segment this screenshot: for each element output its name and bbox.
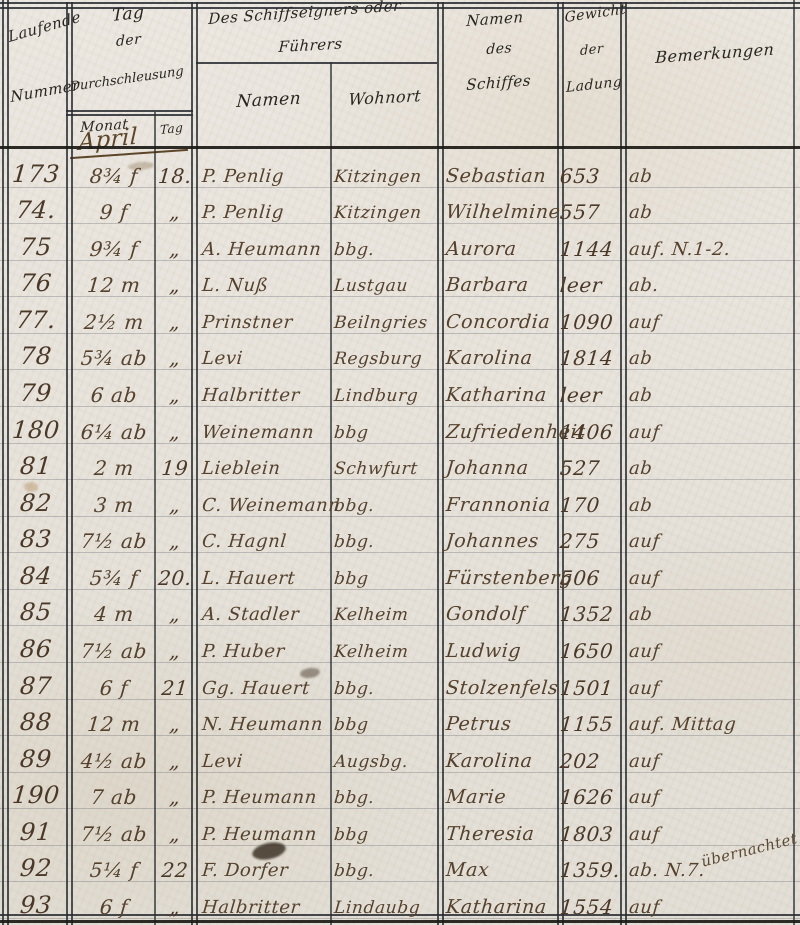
cell-owner-name: P. Huber	[201, 643, 331, 661]
cell-cargo-weight: 202	[559, 751, 621, 771]
cell-owner-residence: bbg.	[333, 790, 438, 807]
cell-running-number: 190	[7, 783, 65, 807]
cell-time: 6¼ ab	[73, 422, 155, 442]
cell-time: 6 f	[73, 897, 155, 917]
cell-owner-residence: Kitzingen	[333, 205, 438, 222]
cell-cargo-weight: 1554	[559, 897, 621, 917]
cell-owner-residence: Kelheim	[333, 644, 438, 661]
cell-cargo-weight: 506	[559, 568, 621, 588]
cell-day: „	[155, 751, 195, 771]
cell-cargo-weight: 557	[559, 202, 621, 222]
cell-remark: ab	[628, 606, 798, 624]
cell-running-number: 78	[7, 344, 65, 368]
cell-owner-name: Prinstner	[201, 314, 331, 332]
cell-day: 19	[155, 458, 195, 478]
cell-ship-name: Frannonia	[445, 496, 559, 515]
cell-time: 3 m	[73, 495, 155, 515]
cell-running-number: 77.	[7, 308, 65, 332]
cell-cargo-weight: 1352	[559, 604, 621, 624]
cell-ship-name: Johannes	[445, 532, 559, 551]
table-row: 86 7½ ab „ P. Huber Kelheim Ludwig 1650 …	[0, 625, 800, 662]
ledger-rows: 173 8¾ f 18. P. Penlig Kitzingen Sebasti…	[0, 0, 800, 925]
cell-owner-name: Levi	[201, 753, 331, 771]
cell-running-number: 89	[7, 747, 65, 771]
cell-owner-residence: Kitzingen	[333, 169, 438, 186]
table-row: 173 8¾ f 18. P. Penlig Kitzingen Sebasti…	[0, 150, 800, 187]
cell-owner-name: P. Penlig	[201, 168, 331, 186]
cell-owner-residence: Schwfurt	[333, 461, 438, 478]
cell-remark: auf	[628, 643, 798, 661]
cell-time: 2 m	[73, 458, 155, 478]
cell-ship-name: Theresia	[445, 825, 559, 844]
cell-time: 2½ m	[73, 312, 155, 332]
table-row: 81 2 m 19 Lieblein Schwfurt Johanna 527 …	[0, 443, 800, 480]
cell-cargo-weight: 1650	[559, 641, 621, 661]
cell-running-number: 83	[7, 527, 65, 551]
cell-owner-residence: bbg.	[333, 681, 438, 698]
cell-time: 6 f	[73, 678, 155, 698]
table-row: 180 6¼ ab „ Weinemann bbg Zufriedenheit …	[0, 406, 800, 443]
cell-remark: ab	[628, 204, 798, 222]
cell-day: „	[155, 239, 195, 259]
cell-ship-name: Petrus	[445, 715, 559, 734]
cell-running-number: 74.	[7, 198, 65, 222]
cell-remark: auf	[628, 753, 798, 771]
cell-ship-name: Concordia	[445, 313, 559, 332]
cell-remark: ab	[628, 497, 798, 515]
cell-ship-name: Max	[445, 861, 559, 880]
cell-cargo-weight: leer	[559, 275, 621, 295]
cell-running-number: 173	[7, 162, 65, 186]
cell-day: „	[155, 787, 195, 807]
cell-running-number: 76	[7, 271, 65, 295]
cell-owner-residence: bbg.	[333, 534, 438, 551]
cell-ship-name: Sebastian	[445, 167, 559, 186]
cell-time: 6 ab	[73, 385, 155, 405]
cell-remark: auf. N.1-2.	[628, 241, 798, 259]
table-row: 78 5¾ ab „ Levi Regsburg Karolina 1814 a…	[0, 333, 800, 370]
table-row: 91 7½ ab „ P. Heumann bbg Theresia 1803 …	[0, 808, 800, 845]
table-row: 76 12 m „ L. Nuß Lustgau Barbara leer ab…	[0, 260, 800, 297]
cell-remark: auf	[628, 789, 798, 807]
cell-time: 7½ ab	[73, 531, 155, 551]
cell-owner-residence: Lindburg	[333, 388, 438, 405]
cell-cargo-weight: 1803	[559, 824, 621, 844]
cell-ship-name: Johanna	[445, 459, 559, 478]
cell-day: 22	[155, 860, 195, 880]
cell-owner-name: L. Hauert	[201, 570, 331, 588]
cell-owner-residence: Lustgau	[333, 278, 438, 295]
cell-ship-name: Barbara	[445, 276, 559, 295]
cell-owner-residence: bbg	[333, 571, 438, 588]
cell-cargo-weight: 1155	[559, 714, 621, 734]
cell-cargo-weight: 1359.	[559, 860, 621, 880]
cell-day: „	[155, 714, 195, 734]
table-row: 92 5¼ f 22 F. Dorfer bbg. Max 1359. ab. …	[0, 845, 800, 882]
cell-ship-name: Karolina	[445, 752, 559, 771]
cell-owner-residence: bbg.	[333, 863, 438, 880]
cell-owner-name: A. Heumann	[201, 241, 331, 259]
cell-remark: auf	[628, 314, 798, 332]
cell-time: 12 m	[73, 714, 155, 734]
cell-owner-name: P. Penlig	[201, 204, 331, 222]
cell-cargo-weight: leer	[559, 385, 621, 405]
table-row: 82 3 m „ C. Weinemann bbg. Frannonia 170…	[0, 479, 800, 516]
cell-running-number: 180	[7, 418, 65, 442]
cell-cargo-weight: 1090	[559, 312, 621, 332]
cell-remark: ab.	[628, 277, 798, 295]
cell-owner-residence: bbg.	[333, 242, 438, 259]
cell-owner-name: Halbritter	[201, 387, 331, 405]
cell-running-number: 87	[7, 674, 65, 698]
cell-running-number: 88	[7, 710, 65, 734]
cell-day: „	[155, 531, 195, 551]
cell-running-number: 79	[7, 381, 65, 405]
cell-owner-name: Levi	[201, 350, 331, 368]
cell-remark: auf	[628, 899, 798, 917]
cell-day: „	[155, 495, 195, 515]
cell-time: 5¼ f	[73, 860, 155, 880]
cell-running-number: 93	[7, 893, 65, 917]
cell-owner-name: Lieblein	[201, 460, 331, 478]
cell-owner-name: C. Hagnl	[201, 533, 331, 551]
cell-time: 12 m	[73, 275, 155, 295]
cell-owner-name: N. Heumann	[201, 716, 331, 734]
cell-remark: auf	[628, 570, 798, 588]
table-row: 77. 2½ m „ Prinstner Beilngries Concordi…	[0, 296, 800, 333]
cell-time: 4½ ab	[73, 751, 155, 771]
cell-day: „	[155, 385, 195, 405]
cell-ship-name: Gondolf	[445, 605, 559, 624]
cell-cargo-weight: 1501	[559, 678, 621, 698]
cell-day: „	[155, 202, 195, 222]
cell-ship-name: Ludwig	[445, 642, 559, 661]
table-row: 89 4½ ab „ Levi Augsbg. Karolina 202 auf	[0, 735, 800, 772]
table-row: 93 6 f „ Halbritter Lindaubg Katharina 1…	[0, 881, 800, 918]
cell-remark: ab	[628, 460, 798, 478]
table-row: 75 9¾ f „ A. Heumann bbg. Aurora 1144 au…	[0, 223, 800, 260]
cell-owner-name: Gg. Hauert	[201, 680, 331, 698]
cell-owner-residence: Augsbg.	[333, 754, 438, 771]
cell-owner-name: P. Heumann	[201, 789, 331, 807]
cell-cargo-weight: 1626	[559, 787, 621, 807]
cell-ship-name: Stolzenfels	[445, 679, 559, 698]
table-row: 83 7½ ab „ C. Hagnl bbg. Johannes 275 au…	[0, 516, 800, 553]
cell-owner-name: C. Weinemann	[201, 497, 331, 515]
cell-owner-residence: Lindaubg	[333, 900, 438, 917]
table-row: 74. 9 f „ P. Penlig Kitzingen Wilhelmine…	[0, 187, 800, 224]
cell-remark: auf	[628, 424, 798, 442]
cell-day: „	[155, 275, 195, 295]
cell-time: 9 f	[73, 202, 155, 222]
cell-cargo-weight: 275	[559, 531, 621, 551]
cell-ship-name: Karolina	[445, 349, 559, 368]
cell-running-number: 84	[7, 564, 65, 588]
cell-ship-name: Zufriedenheit	[445, 423, 559, 442]
cell-time: 5¾ f	[73, 568, 155, 588]
cell-time: 7½ ab	[73, 641, 155, 661]
cell-day: 21	[155, 678, 195, 698]
cell-running-number: 82	[7, 491, 65, 515]
cell-cargo-weight: 653	[559, 166, 621, 186]
cell-cargo-weight: 1144	[559, 239, 621, 259]
cell-owner-residence: Beilngries	[333, 315, 438, 332]
cell-running-number: 81	[7, 454, 65, 478]
paper-stain	[24, 482, 38, 492]
cell-owner-residence: bbg	[333, 717, 438, 734]
cell-ship-name: Katharina	[445, 898, 559, 917]
cell-running-number: 92	[7, 856, 65, 880]
table-row: 87 6 f 21 Gg. Hauert bbg. Stolzenfels 15…	[0, 662, 800, 699]
cell-remark: auf	[628, 680, 798, 698]
cell-remark: auf	[628, 533, 798, 551]
cell-cargo-weight: 527	[559, 458, 621, 478]
cell-day: „	[155, 604, 195, 624]
cell-cargo-weight: 1814	[559, 348, 621, 368]
cell-time: 5¾ ab	[73, 348, 155, 368]
cell-remark: ab	[628, 168, 798, 186]
table-row: 79 6 ab „ Halbritter Lindburg Katharina …	[0, 369, 800, 406]
cell-owner-name: P. Heumann	[201, 826, 331, 844]
cell-ship-name: Marie	[445, 788, 559, 807]
table-row: 190 7 ab „ P. Heumann bbg. Marie 1626 au…	[0, 772, 800, 809]
cell-cargo-weight: 1406	[559, 422, 621, 442]
cell-ship-name: Aurora	[445, 240, 559, 259]
cell-day: „	[155, 348, 195, 368]
table-row: 88 12 m „ N. Heumann bbg Petrus 1155 auf…	[0, 699, 800, 736]
cell-owner-residence: bbg	[333, 827, 438, 844]
cell-remark: auf. Mittag	[628, 716, 798, 734]
cell-day: 18.	[155, 166, 195, 186]
ledger-page: Laufende Nummer Tag der Durchschleusung …	[0, 0, 800, 925]
cell-time: 9¾ f	[73, 239, 155, 259]
cell-day: „	[155, 422, 195, 442]
cell-owner-residence: Kelheim	[333, 607, 438, 624]
cell-remark: ab	[628, 387, 798, 405]
cell-owner-name: Halbritter	[201, 899, 331, 917]
cell-owner-residence: bbg.	[333, 498, 438, 515]
cell-owner-residence: Regsburg	[333, 351, 438, 368]
cell-day: „	[155, 897, 195, 917]
cell-ship-name: Katharina	[445, 386, 559, 405]
cell-owner-name: L. Nuß	[201, 277, 331, 295]
cell-ship-name: Wilhelmine	[445, 203, 559, 222]
cell-running-number: 75	[7, 235, 65, 259]
cell-running-number: 85	[7, 600, 65, 624]
cell-owner-name: Weinemann	[201, 424, 331, 442]
cell-cargo-weight: 170	[559, 495, 621, 515]
cell-time: 7½ ab	[73, 824, 155, 844]
table-row: 85 4 m „ A. Stadler Kelheim Gondolf 1352…	[0, 589, 800, 626]
cell-time: 4 m	[73, 604, 155, 624]
cell-ship-name: Fürstenberg	[445, 569, 559, 588]
cell-time: 7 ab	[73, 787, 155, 807]
cell-day: „	[155, 824, 195, 844]
cell-remark: ab	[628, 350, 798, 368]
cell-owner-residence: bbg	[333, 425, 438, 442]
cell-owner-name: F. Dorfer	[201, 862, 331, 880]
cell-day: 20.	[155, 568, 195, 588]
cell-running-number: 86	[7, 637, 65, 661]
table-row: 84 5¾ f 20. L. Hauert bbg Fürstenberg 50…	[0, 552, 800, 589]
cell-day: „	[155, 312, 195, 332]
cell-day: „	[155, 641, 195, 661]
cell-running-number: 91	[7, 820, 65, 844]
cell-owner-name: A. Stadler	[201, 606, 331, 624]
